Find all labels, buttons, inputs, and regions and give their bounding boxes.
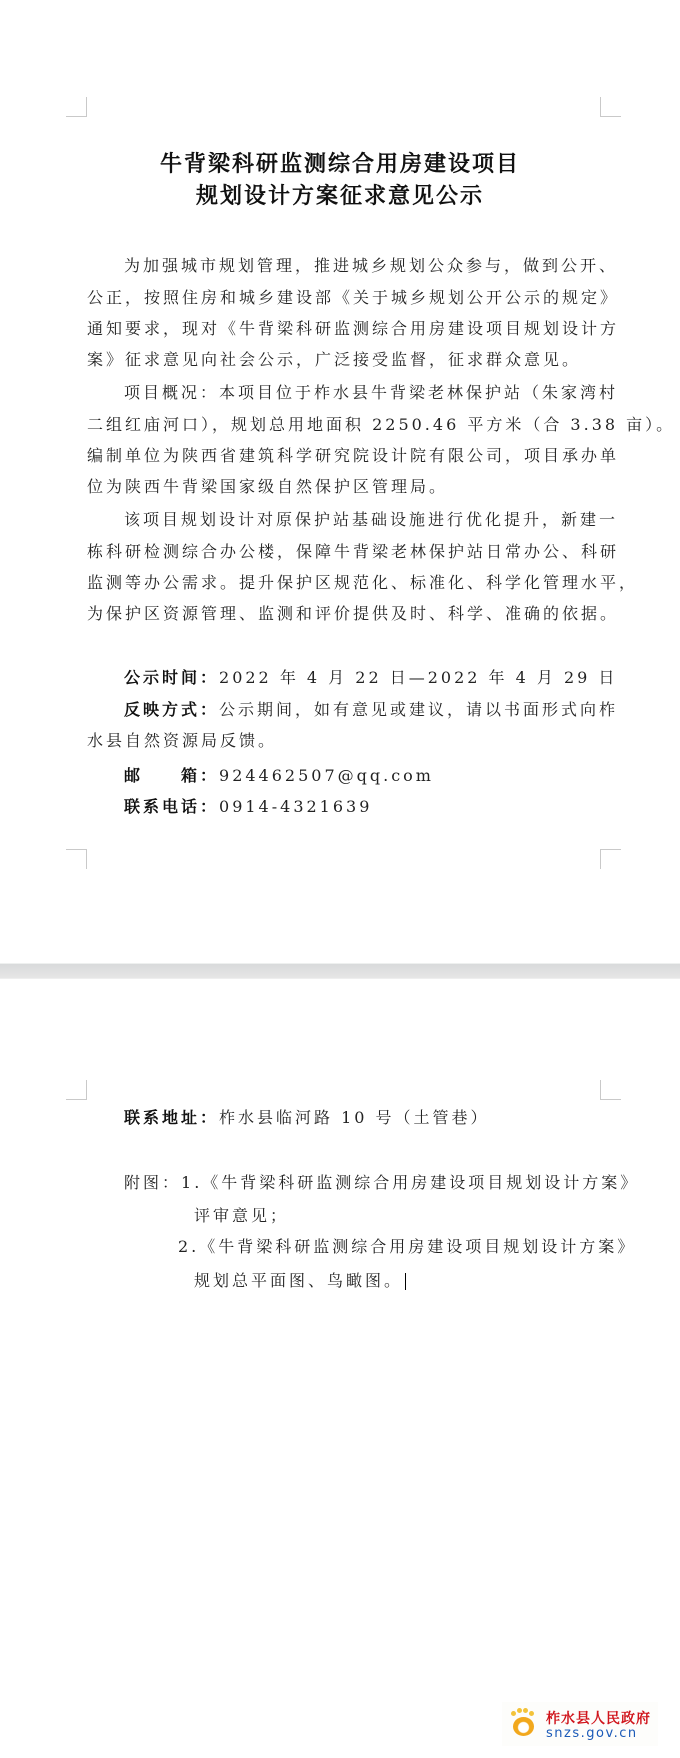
paragraph-1-line: 案》征求意见向社会公示，广泛接受监督，征求群众意见。 [87,349,597,371]
paragraph-1-line: 公正，按照住房和城乡建设部《关于城乡规划公开公示的规定》 [87,287,597,309]
contact-address: 联系地址：柞水县临河路 10 号（土管巷） [124,1107,634,1129]
paragraph-1-line: 通知要求，现对《牛背梁科研监测综合用房建设项目规划设计方 [87,318,597,340]
attachment-item-2: 2.《牛背梁科研监测综合用房建设项目规划设计方案》 [178,1236,680,1258]
attachments-label: 附图： [124,1173,181,1192]
margin-corner-mark [66,1080,87,1100]
document-title-line-1: 牛背梁科研监测综合用房建设项目 [0,148,680,180]
margin-corner-mark [600,849,621,869]
text-cursor [405,1273,406,1290]
email-value: 924462507@qq.com [219,766,434,785]
paragraph-2-line: 位为陕西牛背梁国家级自然保护区管理局。 [87,476,597,498]
paragraph-3-line: 为保护区资源管理、监测和评价提供及时、科学、准确的依据。 [87,603,597,625]
site-watermark: 柞水县人民政府 snzs.gov.cn [502,1702,658,1746]
attachment-number: 1. [181,1173,202,1192]
watermark-site-url: snzs.gov.cn [546,1726,638,1741]
feedback-method: 反映方式：公示期间，如有意见或建议，请以书面形式向柞 [124,699,634,721]
email: 邮 箱：924462507@qq.com [124,765,634,787]
attachment-title: 《牛背梁科研监测综合用房建设项目规划设计方案》 [199,1237,636,1256]
attachment-item-2-text: 规划总平面图、鸟瞰图。 [194,1271,403,1290]
paragraph-2-line: 编制单位为陕西省建筑科学研究院设计院有限公司，项目承办单 [87,445,597,467]
attachment-title: 《牛背梁科研监测综合用房建设项目规划设计方案》 [202,1173,639,1192]
margin-corner-mark [600,1080,621,1100]
paw-logo-icon [510,1708,536,1738]
phone-label: 联系电话： [124,797,219,816]
attachment-item-1-continued: 评审意见； [194,1205,680,1227]
phone-value: 0914-4321639 [219,797,372,816]
attachment-number: 2. [178,1237,199,1256]
document-page-1: 牛背梁科研监测综合用房建设项目 规划设计方案征求意见公示 为加强城市规划管理，推… [0,0,680,963]
contact-address-label: 联系地址： [124,1108,219,1127]
paragraph-1-line: 为加强城市规划管理，推进城乡规划公众参与，做到公开、 [124,255,634,277]
email-label: 邮 箱： [124,766,219,785]
paragraph-2-line: 二组红庙河口），规划总用地面积 2250.46 平方米（合 3.38 亩）。 [87,414,597,436]
feedback-method-label: 反映方式： [124,700,219,719]
paragraph-3-line: 栋科研检测综合办公楼，保障牛背梁老林保护站日常办公、科研 [87,541,597,563]
paragraph-3-line: 监测等办公需求。提升保护区规范化、标准化、科学化管理水平， [87,572,597,594]
document-page-2: 联系地址：柞水县临河路 10 号（土管巷） 附图：1.《牛背梁科研监测综合用房建… [0,979,680,1758]
publicity-period: 公示时间：2022 年 4 月 22 日—2022 年 4 月 29 日 [124,667,634,689]
contact-address-value: 柞水县临河路 10 号（土管巷） [219,1108,490,1127]
margin-corner-mark [66,97,87,117]
phone: 联系电话：0914-4321639 [124,796,634,818]
publicity-period-value: 2022 年 4 月 22 日—2022 年 4 月 29 日 [219,668,617,687]
attachment-item-1: 附图：1.《牛背梁科研监测综合用房建设项目规划设计方案》 [124,1172,634,1194]
document-title-line-2: 规划设计方案征求意见公示 [0,180,680,212]
watermark-site-name: 柞水县人民政府 [546,1708,651,1728]
margin-corner-mark [66,849,87,869]
page-separator [0,963,680,979]
feedback-method-value: 公示期间，如有意见或建议，请以书面形式向柞 [219,700,618,719]
publicity-period-label: 公示时间： [124,668,219,687]
margin-corner-mark [600,97,621,117]
paragraph-3-line: 该项目规划设计对原保护站基础设施进行优化提升，新建一 [124,509,634,531]
paragraph-2-line: 项目概况：本项目位于柞水县牛背梁老林保护站（朱家湾村 [124,382,634,404]
feedback-method-continued: 水县自然资源局反馈。 [87,730,597,752]
attachment-item-2-continued: 规划总平面图、鸟瞰图。 [194,1270,680,1292]
